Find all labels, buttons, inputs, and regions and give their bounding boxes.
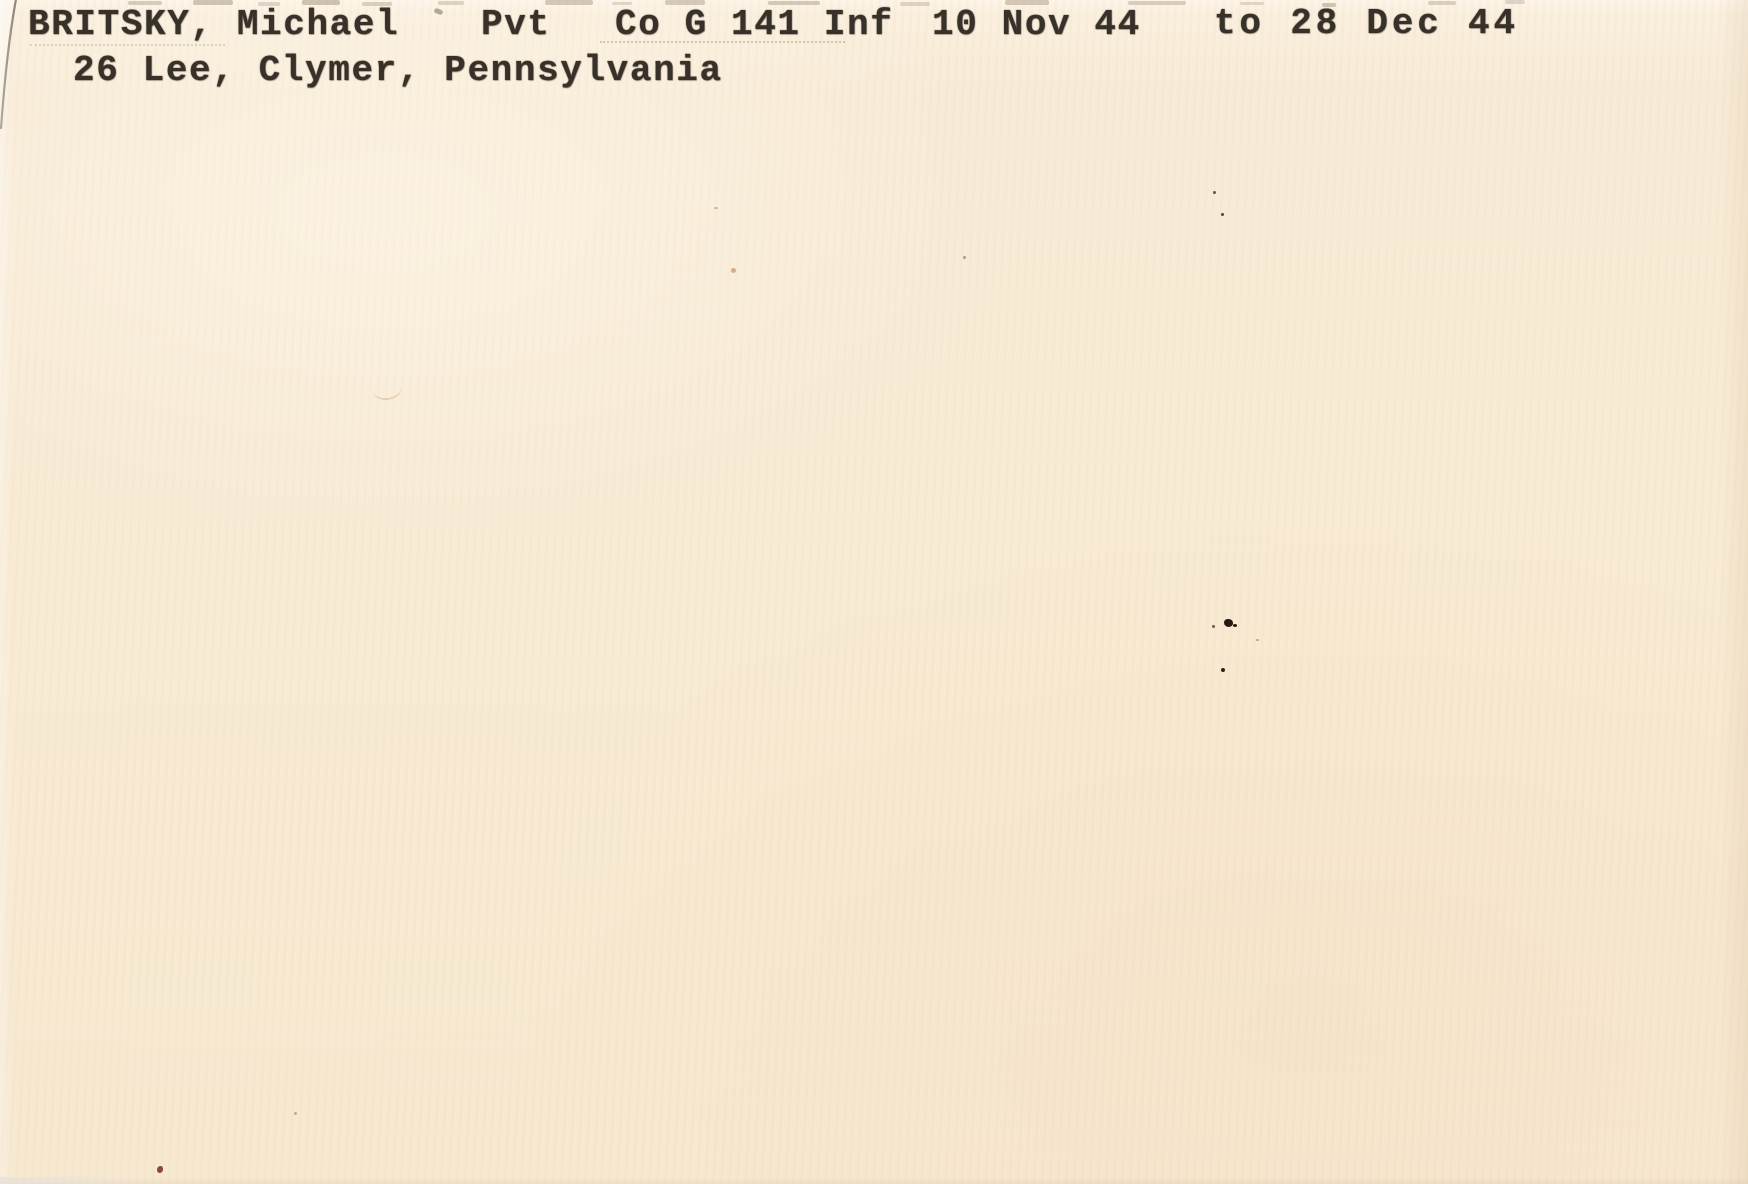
scan-edge-vignette bbox=[0, 0, 1748, 1184]
typewriter-smudge-line bbox=[600, 41, 845, 43]
stray-ink-mark bbox=[433, 8, 443, 16]
address-text: 26 Lee, Clymer, Pennsylvania bbox=[73, 49, 723, 93]
faint-stain-arc bbox=[370, 374, 403, 402]
service-end-date-text: to 28 Dec 44 bbox=[1214, 2, 1519, 46]
card-corner-edge bbox=[0, 0, 34, 140]
service-record-card: BRITSKY, Michael Pvt Co G 141 Inf 10 Nov… bbox=[0, 0, 1748, 1184]
rank-text: Pvt bbox=[481, 3, 551, 47]
typewriter-smudge-line bbox=[30, 44, 225, 46]
soldier-name-text: BRITSKY, Michael bbox=[28, 3, 399, 47]
service-start-date-text: 10 Nov 44 bbox=[932, 3, 1141, 47]
scan-bottom-edge bbox=[0, 1177, 170, 1184]
ink-blot-speck bbox=[1224, 619, 1233, 627]
